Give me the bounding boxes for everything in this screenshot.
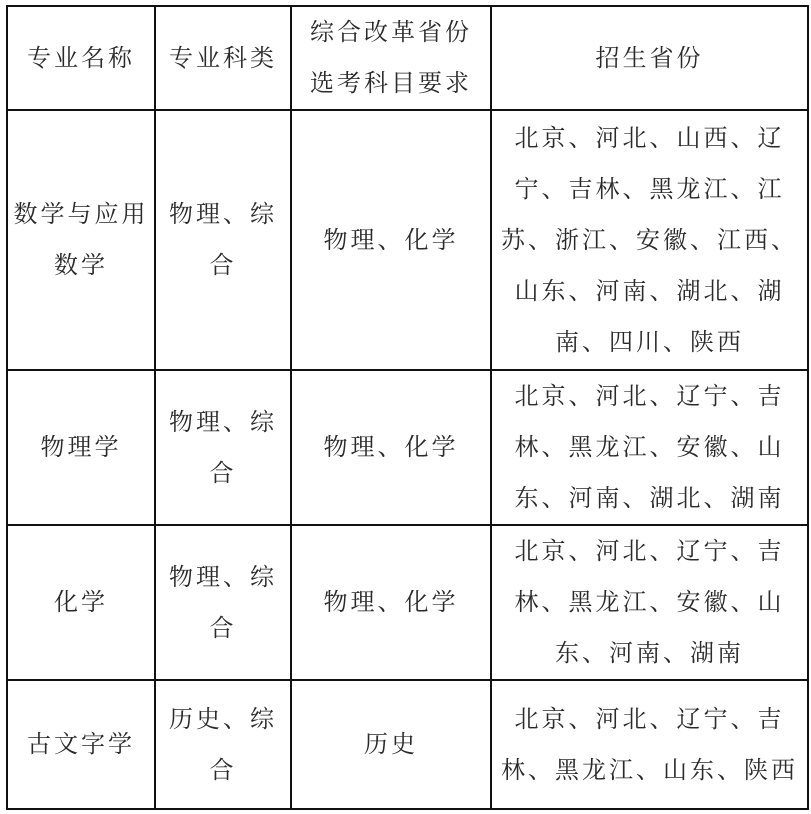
cell-major-category: 物理、综合 — [155, 110, 291, 370]
cell-provinces: 北京、河北、辽宁、吉林、黑龙江、安徽、山东、河南、湖南 — [491, 525, 808, 680]
cell-major-name: 古文字学 — [7, 680, 155, 809]
cell-major-category: 物理、综合 — [155, 370, 291, 525]
cell-subject-requirement: 历史 — [291, 680, 491, 809]
table-row: 化学 物理、综合 物理、化学 北京、河北、辽宁、吉林、黑龙江、安徽、山东、河南、… — [7, 525, 808, 680]
table-row: 数学与应用 数学 物理、综合 物理、化学 北京、河北、山西、辽宁、吉林、黑龙江、… — [7, 110, 808, 370]
cell-major-category: 物理、综合 — [155, 525, 291, 680]
header-major-category: 专业科类 — [155, 6, 291, 110]
cell-provinces: 北京、河北、辽宁、吉林、黑龙江、安徽、山东、河南、湖北、湖南 — [491, 370, 808, 525]
header-major-name: 专业名称 — [7, 6, 155, 110]
cell-major-name: 数学与应用 数学 — [7, 110, 155, 370]
enrollment-table: 专业名称 专业科类 综合改革省份 选考科目要求 招生省份 数学与应用 数学 物理… — [6, 5, 809, 810]
header-provinces: 招生省份 — [491, 6, 808, 110]
cell-provinces: 北京、河北、辽宁、吉林、黑龙江、山东、陕西 — [491, 680, 808, 809]
table-row: 物理学 物理、综合 物理、化学 北京、河北、辽宁、吉林、黑龙江、安徽、山东、河南… — [7, 370, 808, 525]
cell-subject-requirement: 物理、化学 — [291, 370, 491, 525]
cell-major-name: 化学 — [7, 525, 155, 680]
cell-major-name: 物理学 — [7, 370, 155, 525]
cell-subject-requirement: 物理、化学 — [291, 110, 491, 370]
header-subject-requirement-line2: 选考科目要求 — [296, 58, 486, 109]
header-subject-requirement: 综合改革省份 选考科目要求 — [291, 6, 491, 110]
major-name-line2: 数学 — [12, 240, 150, 291]
cell-subject-requirement: 物理、化学 — [291, 525, 491, 680]
cell-provinces: 北京、河北、山西、辽宁、吉林、黑龙江、江苏、浙江、安徽、江西、山东、河南、湖北、… — [491, 110, 808, 370]
cell-major-category: 历史、综合 — [155, 680, 291, 809]
header-row: 专业名称 专业科类 综合改革省份 选考科目要求 招生省份 — [7, 6, 808, 110]
major-name-line1: 数学与应用 — [12, 189, 150, 240]
table-row: 古文字学 历史、综合 历史 北京、河北、辽宁、吉林、黑龙江、山东、陕西 — [7, 680, 808, 809]
header-subject-requirement-line1: 综合改革省份 — [296, 7, 486, 58]
